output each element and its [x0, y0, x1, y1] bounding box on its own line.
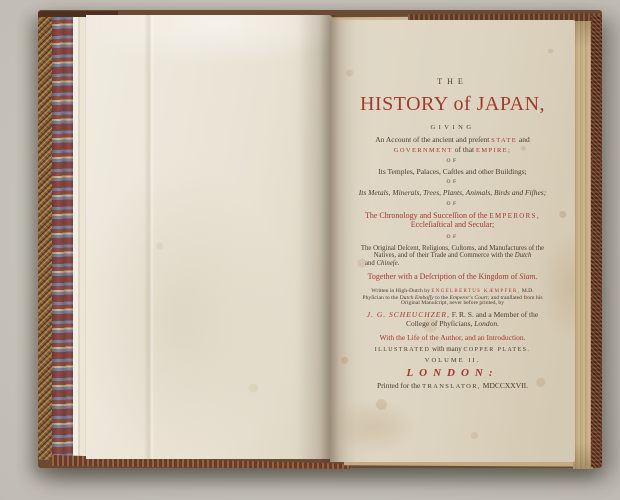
text-run: Printed for the — [377, 381, 422, 390]
text-run: Its Metals, Minerals, Trees, Plants, Ani… — [359, 188, 546, 197]
imprint-line: Printed for the TRANSLATOR, MDCCXXVII. — [343, 382, 562, 391]
marbled-endpaper-strip — [52, 13, 75, 457]
text-run: OF — [446, 158, 458, 164]
account-line-2: GOVERNMENT of that EMPIRE; — [343, 146, 562, 155]
text-run: TRANSLATOR, — [422, 383, 481, 390]
text-run: Together with a Deſcription of the Kingd… — [368, 272, 520, 281]
written-line-3: Original Manuſcript, never before printe… — [343, 300, 562, 306]
text-run: LONDON: — [406, 367, 498, 379]
text-run: GIVING — [430, 124, 474, 131]
text-run: College of Phyſicians, — [406, 319, 474, 328]
text-run: EMPERORS, — [489, 213, 540, 220]
text-run: Siam. — [519, 272, 537, 281]
scheuchzer-line-2: College of Phyſicians, London. — [343, 320, 562, 328]
siam-line: Together with a Deſcription of the Kingd… — [343, 273, 562, 282]
giving: GIVING — [343, 124, 562, 131]
text-run: VOLUME II. — [425, 357, 480, 364]
text-run: ILLUSTRATED — [375, 347, 431, 353]
text-run: HISTORY of JAPAN, — [360, 93, 545, 115]
text-run: STATE — [491, 137, 517, 144]
of-divider-3: OF — [343, 202, 562, 208]
text-run: THE — [437, 77, 468, 86]
title-page: THEHISTORY of JAPAN,GIVINGAn Account of … — [330, 20, 575, 462]
text-run: EMPIRE; — [476, 147, 511, 154]
text-run: Chineſe. — [377, 260, 400, 267]
text-run: Eccleſiaſtical and Secular; — [411, 220, 495, 229]
volume-line: VOLUME II. — [343, 357, 562, 364]
metals-line: Its Metals, Minerals, Trees, Plants, Ani… — [343, 189, 562, 197]
account-line-1: An Account of the ancient and preſent ST… — [343, 136, 562, 145]
text-block-fore-edge — [573, 21, 593, 469]
text-run: and — [365, 260, 377, 267]
of-divider-1: OF — [343, 159, 562, 165]
right-board-edge — [591, 15, 602, 467]
text-run: OF — [446, 179, 458, 185]
of-divider-4: OF — [343, 235, 562, 241]
descent-line-2: Natives, and of their Trade and Commerce… — [343, 252, 562, 259]
main-title: HISTORY of JAPAN, — [343, 94, 562, 116]
text-run: Phyſician to the — [362, 295, 399, 301]
imprint-city: LONDON: — [343, 368, 562, 380]
text-run: Original Manuſcript, never before printe… — [401, 300, 504, 306]
text-run: London. — [474, 319, 499, 328]
page-curl-crease — [144, 15, 154, 459]
text-run: Its Temples, Palaces, Caſtles and other … — [378, 167, 526, 176]
illustrated-line: ILLUSTRATED with many COPPER PLATES. — [343, 346, 562, 354]
text-run: OF — [446, 234, 458, 240]
text-run: The Original Deſcent, Religions, Cuſtoms… — [361, 245, 544, 252]
life-author-line: With the Life of the Author, and an Intr… — [343, 334, 562, 342]
text-run: Dutch — [515, 252, 532, 259]
blank-endpaper-page — [86, 15, 332, 459]
title-page-text: THEHISTORY of JAPAN,GIVINGAn Account of … — [330, 20, 575, 462]
text-run: of that — [453, 145, 476, 154]
text-run: MDCCXXVII. — [481, 381, 528, 390]
text-run: and — [517, 135, 530, 144]
text-run: with many — [430, 345, 463, 353]
text-run: GOVERNMENT — [394, 147, 453, 154]
text-run: M.D. — [520, 288, 533, 294]
descent-line-3: and Chineſe. — [343, 260, 562, 267]
text-run: Written in High-Dutch by — [371, 288, 431, 294]
text-run: With the Life of the Author, and an Intr… — [379, 333, 525, 342]
text-run: Natives, and of their Trade and Commerce… — [374, 252, 515, 259]
chronology-line-2: Eccleſiaſtical and Secular; — [343, 221, 562, 230]
descent-line-1: The Original Deſcent, Religions, Cuſtoms… — [343, 245, 562, 252]
of-divider-2: OF — [343, 180, 562, 186]
text-run: An Account of the ancient and preſent — [375, 135, 491, 144]
temples-line: Its Temples, Palaces, Caſtles and other … — [343, 168, 562, 176]
book-photograph: THEHISTORY of JAPAN,GIVINGAn Account of … — [0, 0, 620, 500]
half-title-the: THE — [343, 78, 562, 87]
text-run: OF — [446, 201, 458, 207]
text-run: COPPER PLATES. — [464, 347, 531, 353]
